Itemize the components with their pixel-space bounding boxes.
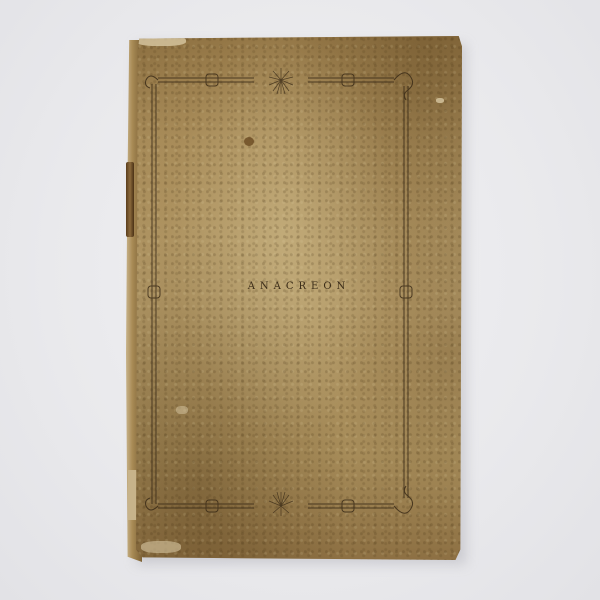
photo-scene: ANACREON (0, 0, 600, 600)
ornamental-border-icon (136, 36, 462, 560)
book-title: ANACREON (136, 281, 462, 292)
book-cover: ANACREON (136, 36, 462, 560)
binding-tab (126, 162, 134, 237)
